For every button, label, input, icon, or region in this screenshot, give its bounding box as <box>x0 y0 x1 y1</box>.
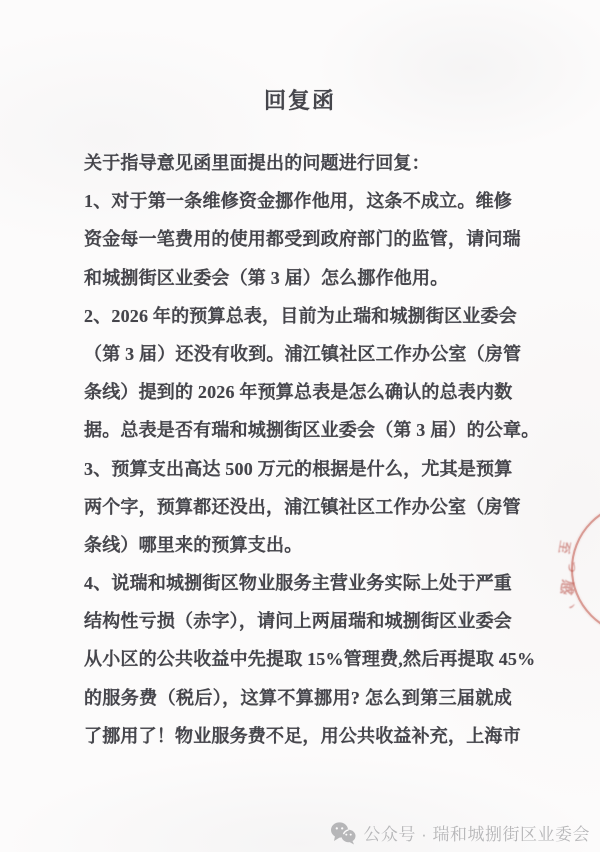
document-line: 4、说瑞和城捌街区物业服务主营业务实际上处于严重 <box>84 564 512 602</box>
document-line: 的服务费（税后），这算不算挪用? 怎么到第三届就成 <box>84 679 512 717</box>
seal-glyph: 至 <box>555 539 576 555</box>
document-line: 了挪用了！物业服务费不足，用公共收益补充，上海市 <box>84 717 512 755</box>
document-line: 从小区的公共收益中先提取 15%管理费,然后再提取 45% <box>84 640 512 678</box>
document-line: 3、预算支出高达 500 万元的根据是什么，尤其是预算 <box>84 450 512 488</box>
document-line: 据。总表是否有瑞和城捌街区业委会（第 3 届）的公章。 <box>84 411 512 449</box>
scanned-document-page: 回复函 关于指导意见函里面提出的问题进行回复： 1、对于第一条维修资金挪作他用，… <box>0 0 600 852</box>
document-line: 1、对于第一条维修资金挪作他用，这条不成立。维修 <box>84 182 512 220</box>
document-line: 条线）提到的 2026 年预算总表是怎么确认的总表内数 <box>84 373 512 411</box>
document-body: 关于指导意见函里面提出的问题进行回复： 1、对于第一条维修资金挪作他用，这条不成… <box>84 144 512 755</box>
document-line: 和城捌街区业委会（第 3 届）怎么挪作他用。 <box>84 259 512 297</box>
watermark-text: 公众号 · 瑞和城捌街区业委会 <box>363 820 590 845</box>
document-line: 两个字，预算都还没出，浦江镇社区工作办公室（房管 <box>84 488 512 526</box>
document-line: （第 3 届）还没有收到。浦江镇社区工作办公室（房管 <box>84 335 512 373</box>
seal-glyph: 感 <box>556 578 579 596</box>
document-line: 2、2026 年的预算总表，目前为止瑞和城捌街区业委会 <box>84 297 512 335</box>
wechat-icon <box>330 821 356 845</box>
document-line: 关于指导意见函里面提出的问题进行回复： <box>84 144 512 182</box>
document-line: 条线）哪里来的预算支出。 <box>84 526 512 564</box>
wechat-watermark: 公众号 · 瑞和城捌街区业委会 <box>330 820 590 845</box>
seal-glyph: 丶 <box>563 599 581 613</box>
document-line: 结构性亏损（赤字），请问上两届瑞和城捌街区业委会 <box>84 602 512 640</box>
document-title: 回复函 <box>0 84 600 115</box>
seal-glyph: つ <box>564 560 582 574</box>
document-line: 资金每一笔费用的使用都受到政府部门的监管，请问瑞 <box>84 220 512 258</box>
